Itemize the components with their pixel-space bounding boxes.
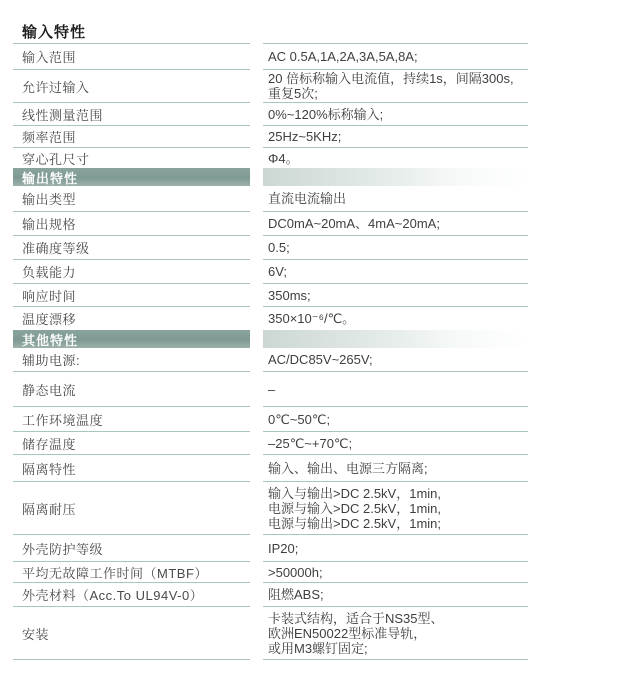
section-header-input: 输入特性 [13,20,528,44]
table-row: 储存温度 –25℃~+70℃; [13,432,528,455]
table-row: 输出规格 DC0mA~20mA、4mA~20mA; [13,212,528,236]
spec-value-line: –25℃~+70℃; [268,436,528,451]
table-row: 输出类型 直流电流输出 [13,186,528,212]
spec-value: 6V; [263,260,528,284]
spec-label: 平均无故障工作时间（MTBF） [13,562,250,583]
spec-value-line: >50000h; [268,565,528,580]
spec-value: 20 倍标称输入电流值，持续1s，间隔300s, 重复5次; [263,70,528,103]
spec-value: 350×10⁻⁶/℃。 [263,307,528,330]
spec-value: 卡装式结构，适合于NS35型、 欧洲EN50022型标准导轨， 或用M3螺钉固定… [263,607,528,660]
spec-value: IP20; [263,535,528,562]
spec-value-line: 阻燃ABS; [268,587,528,602]
spec-label: 准确度等级 [13,236,250,260]
spec-value-line: 6V; [268,264,528,279]
spec-label: 静态电流 [13,372,250,407]
spec-value-line: 20 倍标称输入电流值，持续1s，间隔300s, [268,71,528,86]
spec-value-line: 350×10⁻⁶/℃。 [268,311,528,326]
column-gap [250,168,263,186]
table-row: 允许过输入 20 倍标称输入电流值，持续1s，间隔300s, 重复5次; [13,70,528,103]
table-row: 隔离耐压 输入与输出>DC 2.5kV，1min, 电源与输入>DC 2.5kV… [13,482,528,535]
spec-value: AC 0.5A,1A,2A,3A,5A,8A; [263,44,528,70]
spec-label: 负载能力 [13,260,250,284]
table-row: 外壳材料（Acc.To UL94V-0） 阻燃ABS; [13,583,528,607]
table-row: 穿心孔尺寸 Φ4。 [13,148,528,168]
spec-value: 0%~120%标称输入; [263,103,528,126]
column-gap [250,330,263,348]
spec-value-line: AC 0.5A,1A,2A,3A,5A,8A; [268,49,528,64]
spec-value: 25Hz~5KHz; [263,126,528,148]
spec-value-line: 重复5次; [268,86,528,101]
spec-value-line: 欧洲EN50022型标准导轨， [268,626,528,641]
table-row: 辅助电源: AC/DC85V~265V; [13,348,528,372]
spec-value: 0.5; [263,236,528,260]
spec-value: DC0mA~20mA、4mA~20mA; [263,212,528,236]
spec-label: 辅助电源: [13,348,250,372]
spec-value: 0℃~50℃; [263,407,528,432]
section-header-output: 输出特性 [13,168,528,186]
spec-value-line: 电源与输入>DC 2.5kV，1min, [268,501,528,516]
spec-label: 允许过输入 [13,70,250,103]
table-row: 响应时间 350ms; [13,284,528,307]
spec-label: 温度漂移 [13,307,250,330]
table-row: 安装 卡装式结构，适合于NS35型、 欧洲EN50022型标准导轨， 或用M3螺… [13,607,528,660]
spec-value: >50000h; [263,562,528,583]
table-row: 频率范围 25Hz~5KHz; [13,126,528,148]
section-title: 其他特性 [13,330,250,348]
table-row: 负载能力 6V; [13,260,528,284]
table-row: 外壳防护等级 IP20; [13,535,528,562]
spec-value: 输入、输出、电源三方隔离; [263,455,528,482]
spec-value-line: 0%~120%标称输入; [268,107,528,122]
spec-label: 外壳材料（Acc.To UL94V-0） [13,583,250,607]
spec-value-line: 电源与输出>DC 2.5kV，1min; [268,516,528,531]
spec-label: 线性测量范围 [13,103,250,126]
spec-value: 输入与输出>DC 2.5kV，1min, 电源与输入>DC 2.5kV，1min… [263,482,528,535]
column-gap [250,20,263,44]
section-header-bar [263,330,528,348]
spec-label: 隔离特性 [13,455,250,482]
table-row: 平均无故障工作时间（MTBF） >50000h; [13,562,528,583]
spec-value-line: AC/DC85V~265V; [268,352,528,367]
spec-value: 350ms; [263,284,528,307]
spec-label: 输出规格 [13,212,250,236]
section-header-spacer [263,20,528,44]
spec-value-line: 直流电流输出 [268,191,528,206]
spec-value-line: DC0mA~20mA、4mA~20mA; [268,216,528,231]
spec-value: 直流电流输出 [263,186,528,212]
section-title: 输入特性 [13,20,250,44]
spec-label: 输出类型 [13,186,250,212]
table-row: 静态电流 – [13,372,528,407]
spec-value-line: 25Hz~5KHz; [268,129,528,144]
spec-value-line: 350ms; [268,288,528,303]
spec-value-line: Φ4。 [268,151,528,166]
spec-label: 储存温度 [13,432,250,455]
table-row: 温度漂移 350×10⁻⁶/℃。 [13,307,528,330]
table-row: 输入范围 AC 0.5A,1A,2A,3A,5A,8A; [13,44,528,70]
section-title: 输出特性 [13,168,250,186]
spec-value: –25℃~+70℃; [263,432,528,455]
spec-label: 频率范围 [13,126,250,148]
table-row: 线性测量范围 0%~120%标称输入; [13,103,528,126]
section-header-other: 其他特性 [13,330,528,348]
spec-label: 响应时间 [13,284,250,307]
table-row: 工作环境温度 0℃~50℃; [13,407,528,432]
spec-label: 输入范围 [13,44,250,70]
spec-label: 外壳防护等级 [13,535,250,562]
spec-value: – [263,372,528,407]
spec-value-line: 输入、输出、电源三方隔离; [268,461,528,476]
spec-label: 安装 [13,607,250,660]
table-row: 隔离特性 输入、输出、电源三方隔离; [13,455,528,482]
spec-label: 隔离耐压 [13,482,250,535]
spec-value: 阻燃ABS; [263,583,528,607]
spec-value: AC/DC85V~265V; [263,348,528,372]
spec-value-line: 卡装式结构，适合于NS35型、 [268,611,528,626]
spec-label: 穿心孔尺寸 [13,148,250,168]
spec-value-line: – [268,382,528,397]
spec-label: 工作环境温度 [13,407,250,432]
spec-value-line: IP20; [268,541,528,556]
table-row: 准确度等级 0.5; [13,236,528,260]
spec-value-line: 0℃~50℃; [268,412,528,427]
spec-value-line: 0.5; [268,240,528,255]
spec-value-line: 或用M3螺钉固定; [268,641,528,656]
section-header-bar [263,168,528,186]
spec-value-line: 输入与输出>DC 2.5kV，1min, [268,486,528,501]
spec-value: Φ4。 [263,148,528,168]
specification-table: 输入特性 输入范围 AC 0.5A,1A,2A,3A,5A,8A; 允许过输入 … [13,20,528,660]
